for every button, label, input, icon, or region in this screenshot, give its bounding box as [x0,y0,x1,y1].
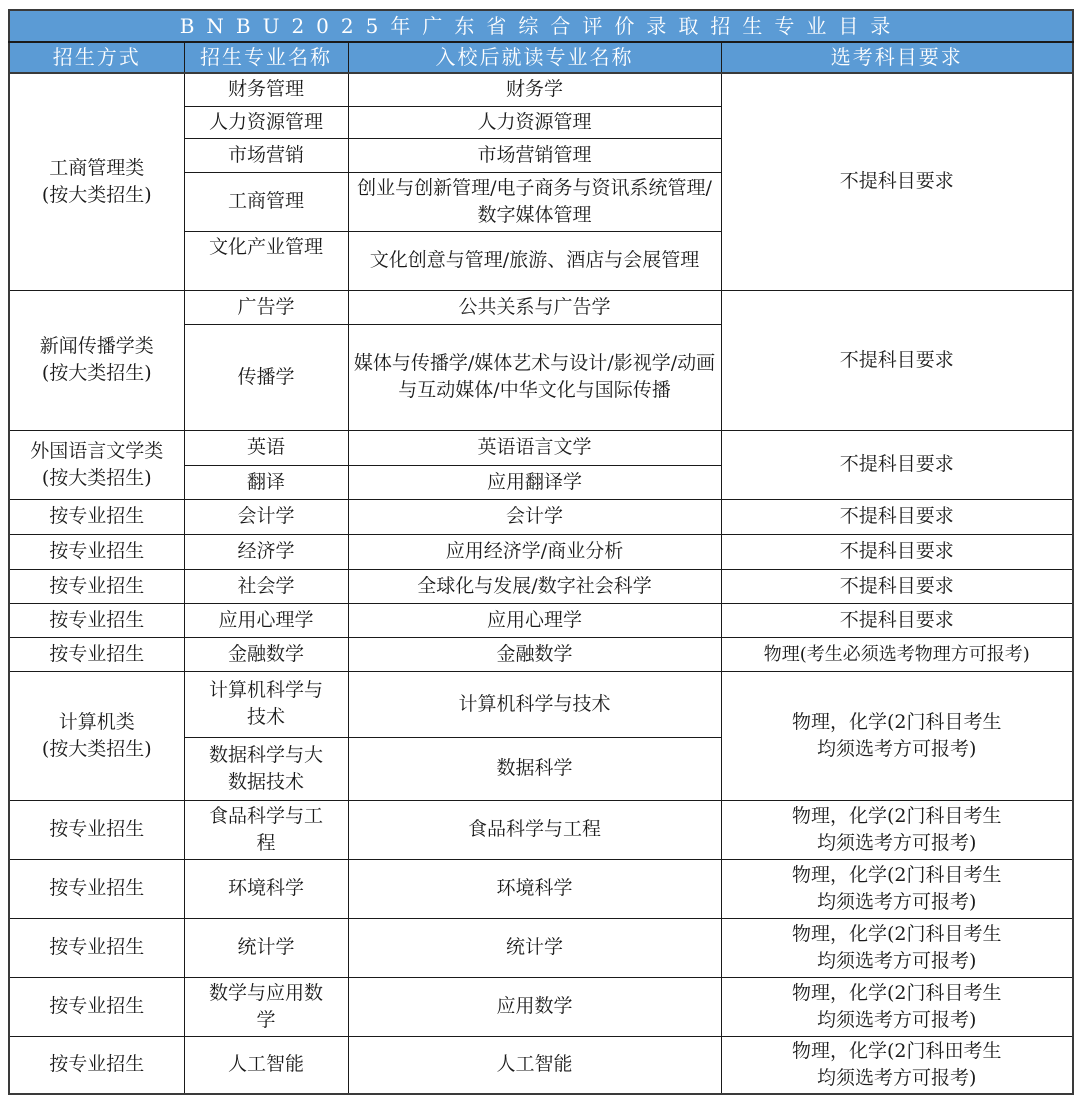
requirement-cell: 物理，化学(2门科目考生均须选考方可报考) [721,859,1073,918]
study-major-cell: 应用经济学/商业分析 [348,534,721,569]
study-major-cell: 金融数学 [348,637,721,671]
header-admission-method: 招生方式 [9,42,184,73]
requirement-cell: 物理，化学(2门科田考生均须选考方可报考) [721,1036,1073,1094]
table-row: 按专业招生 经济学 应用经济学/商业分析 不提科目要求 [9,534,1073,569]
major-cell: 统计学 [184,918,348,977]
study-major-cell: 市场营销管理 [348,138,721,172]
study-major-cell: 数据科学 [348,737,721,800]
major-cell: 数据科学与大数据技术 [184,737,348,800]
major-cell: 食品科学与工程 [184,800,348,859]
requirement-cell: 不提科目要求 [721,569,1073,603]
major-cell: 广告学 [184,290,348,324]
major-cell: 传播学 [184,324,348,430]
requirement-cell: 不提科目要求 [721,534,1073,569]
table-row: 外国语言文学类(按大类招生) 英语 英语语言文学 不提科目要求 [9,430,1073,465]
admission-method-cell: 按专业招生 [9,977,184,1036]
method-line: (按大类招生) [42,738,152,760]
admission-method-cell: 新闻传播学类(按大类招生) [9,290,184,430]
study-major-cell: 会计学 [348,499,721,534]
study-major-cell: 应用数学 [348,977,721,1036]
study-major-cell: 应用心理学 [348,603,721,637]
admission-method-cell: 工商管理类(按大类招生) [9,73,184,290]
admission-method-cell: 按专业招生 [9,859,184,918]
requirement-cell: 不提科目要求 [721,603,1073,637]
major-cell: 金融数学 [184,637,348,671]
title-row: BNBU2025年广东省综合评价录取招生专业目录 [9,10,1073,42]
major-cell: 翻译 [184,465,348,499]
admission-catalog-table: BNBU2025年广东省综合评价录取招生专业目录 招生方式 招生专业名称 入校后… [8,9,1074,1095]
major-cell: 财务管理 [184,73,348,106]
header-study-major: 入校后就读专业名称 [348,42,721,73]
table-row: 按专业招生 统计学 统计学 物理，化学(2门科目考生均须选考方可报考) [9,918,1073,977]
study-major-cell: 创业与创新管理/电子商务与资讯系统管理/数字媒体管理 [348,172,721,231]
admission-method-cell: 按专业招生 [9,800,184,859]
table-row: 计算机类(按大类招生) 计算机科学与技术 计算机科学与技术 物理，化学(2门科目… [9,671,1073,737]
study-major-cell: 文化创意与管理/旅游、酒店与会展管理 [348,231,721,290]
requirement-cell: 物理，化学(2门科目考生均须选考方可报考) [721,918,1073,977]
requirement-cell: 物理，化学(2门科目考生均须选考方可报考) [721,800,1073,859]
requirement-cell: 不提科目要求 [721,290,1073,430]
study-major-cell: 公共关系与广告学 [348,290,721,324]
method-line: 计算机类 [59,711,135,733]
table-row: 按专业招生 社会学 全球化与发展/数字社会科学 不提科目要求 [9,569,1073,603]
major-cell: 市场营销 [184,138,348,172]
table-row: 按专业招生 环境科学 环境科学 物理，化学(2门科目考生均须选考方可报考) [9,859,1073,918]
requirement-cell: 物理，化学(2门科目考生均须选考方可报考) [721,671,1073,800]
study-major-cell: 媒体与传播学/媒体艺术与设计/影视学/动画与互动媒体/中华文化与国际传播 [348,324,721,430]
major-cell: 应用心理学 [184,603,348,637]
admission-method-cell: 外国语言文学类(按大类招生) [9,430,184,499]
admission-method-cell: 计算机类(按大类招生) [9,671,184,800]
study-major-cell: 食品科学与工程 [348,800,721,859]
header-row: 招生方式 招生专业名称 入校后就读专业名称 选考科目要求 [9,42,1073,73]
study-major-cell: 环境科学 [348,859,721,918]
table-title: BNBU2025年广东省综合评价录取招生专业目录 [9,10,1073,42]
admission-method-cell: 按专业招生 [9,603,184,637]
major-cell: 人工智能 [184,1036,348,1094]
requirement-cell: 物理(考生必须选考物理方可报考) [721,637,1073,671]
method-line: (按大类招生) [42,467,152,489]
admission-method-cell: 按专业招生 [9,637,184,671]
table-row: 按专业招生 会计学 会计学 不提科目要求 [9,499,1073,534]
study-major-cell: 人力资源管理 [348,106,721,138]
requirement-cell: 物理，化学(2门科目考生均须选考方可报考) [721,977,1073,1036]
major-cell: 英语 [184,430,348,465]
study-major-cell: 人工智能 [348,1036,721,1094]
table-row: 按专业招生 应用心理学 应用心理学 不提科目要求 [9,603,1073,637]
study-major-cell: 应用翻译学 [348,465,721,499]
requirement-cell: 不提科目要求 [721,73,1073,290]
major-cell: 人力资源管理 [184,106,348,138]
table-row: 按专业招生 金融数学 金融数学 物理(考生必须选考物理方可报考) [9,637,1073,671]
method-line: (按大类招生) [42,184,152,206]
admission-method-cell: 按专业招生 [9,918,184,977]
major-cell: 社会学 [184,569,348,603]
major-cell: 会计学 [184,499,348,534]
method-line: (按大类招生) [42,362,152,384]
requirement-cell: 不提科目要求 [721,430,1073,499]
method-line: 工商管理类 [49,157,144,179]
table-row: 新闻传播学类(按大类招生) 广告学 公共关系与广告学 不提科目要求 [9,290,1073,324]
study-major-cell: 统计学 [348,918,721,977]
table-row: 按专业招生 数学与应用数学 应用数学 物理，化学(2门科目考生均须选考方可报考) [9,977,1073,1036]
admission-method-cell: 按专业招生 [9,569,184,603]
admission-method-cell: 按专业招生 [9,534,184,569]
major-cell: 计算机科学与技术 [184,671,348,737]
major-cell: 文化产业管理 [184,231,348,290]
study-major-cell: 财务学 [348,73,721,106]
header-subject-requirement: 选考科目要求 [721,42,1073,73]
admission-method-cell: 按专业招生 [9,499,184,534]
requirement-cell: 不提科目要求 [721,499,1073,534]
study-major-cell: 计算机科学与技术 [348,671,721,737]
study-major-cell: 全球化与发展/数字社会科学 [348,569,721,603]
table-row: 工商管理类(按大类招生) 财务管理 财务学 不提科目要求 [9,73,1073,106]
major-cell: 工商管理 [184,172,348,231]
major-cell: 数学与应用数学 [184,977,348,1036]
major-cell: 经济学 [184,534,348,569]
study-major-cell: 英语语言文学 [348,430,721,465]
method-line: 外国语言文学类 [30,440,163,462]
major-cell: 环境科学 [184,859,348,918]
table-row: 按专业招生 食品科学与工程 食品科学与工程 物理，化学(2门科目考生均须选考方可… [9,800,1073,859]
method-line: 新闻传播学类 [40,335,154,357]
header-major-name: 招生专业名称 [184,42,348,73]
table-row: 按专业招生 人工智能 人工智能 物理，化学(2门科田考生均须选考方可报考) [9,1036,1073,1094]
admission-method-cell: 按专业招生 [9,1036,184,1094]
